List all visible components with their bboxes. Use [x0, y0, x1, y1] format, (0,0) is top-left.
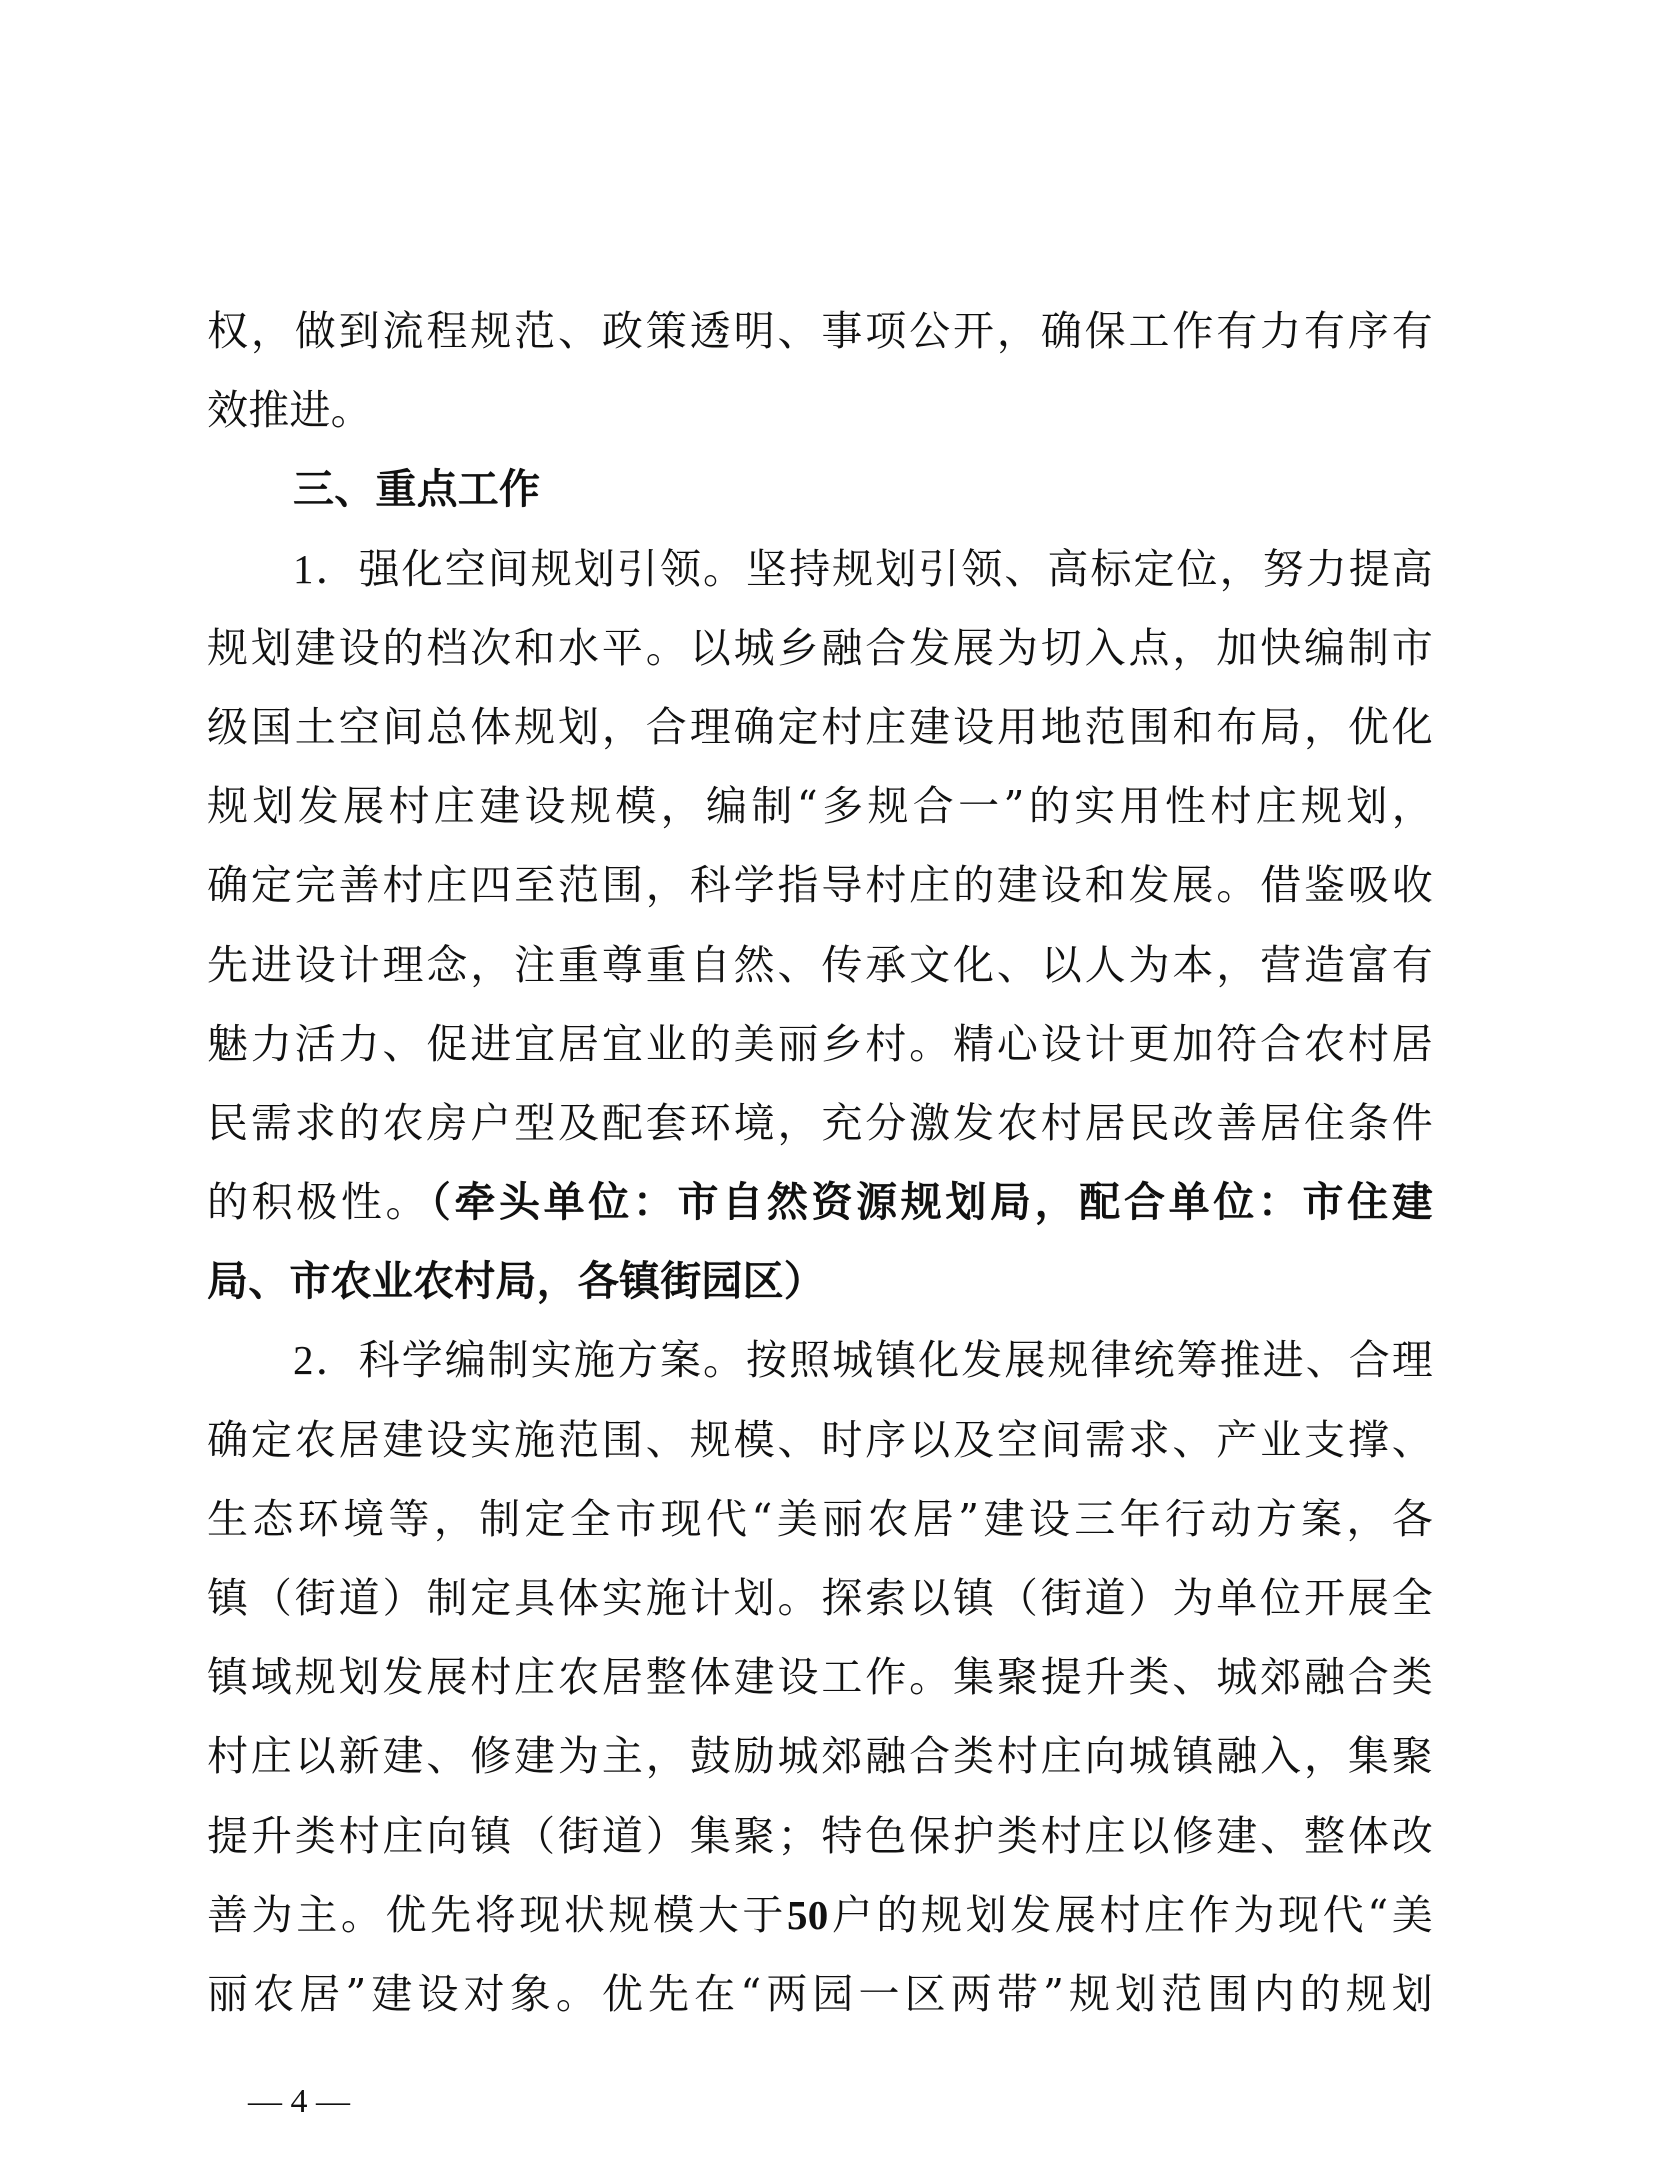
item-2-title: 2．科学编制实施方案。 [293, 1337, 746, 1383]
document-page: 权，做到流程规范、政策透明、事项公开，确保工作有力有序有 效推进。 三、重点工作… [0, 0, 1653, 2169]
paragraph-line: 生态环境等，制定全市现代“美丽农居”建设三年行动方案，各 [207, 1480, 1433, 1559]
page-number: — 4 — [248, 2083, 350, 2121]
paragraph-line: 魅力活力、促进宜居宜业的美丽乡村。精心设计更加符合农村居 [207, 1005, 1433, 1084]
item-2-first-line: 2．科学编制实施方案。按照城镇化发展规律统筹推进、合理 [207, 1321, 1433, 1400]
paragraph-line: 确定农居建设实施范围、规模、时序以及空间需求、产业支撑、 [207, 1401, 1433, 1480]
paragraph-line: 提升类村庄向镇（街道）集聚；特色保护类村庄以修建、整体改 [207, 1797, 1433, 1876]
household-count: 50 [787, 1892, 828, 1938]
paragraph-line: 村庄以新建、修建为主，鼓励城郊融合类村庄向城镇融入，集聚 [207, 1717, 1433, 1796]
document-body: 权，做到流程规范、政策透明、事项公开，确保工作有力有序有 效推进。 三、重点工作… [207, 292, 1433, 2034]
item-1-first-line: 1．强化空间规划引领。坚持规划引领、高标定位，努力提高 [207, 530, 1433, 609]
section-heading: 三、重点工作 [207, 450, 1433, 529]
paragraph-line: 效推进。 [207, 371, 1433, 450]
paragraph-line: 镇（街道）制定具体实施计划。探索以镇（街道）为单位开展全 [207, 1559, 1433, 1638]
paragraph-line: 规划建设的档次和水平。以城乡融合发展为切入点，加快编制市 [207, 609, 1433, 688]
paragraph-line: 镇域规划发展村庄农居整体建设工作。集聚提升类、城郊融合类 [207, 1638, 1433, 1717]
paragraph-line-with-number: 善为主。优先将现状规模大于50户的规划发展村庄作为现代“美 [207, 1876, 1433, 1955]
paragraph-line: 民需求的农房户型及配套环境，充分激发农村居民改善居住条件 [207, 1084, 1433, 1163]
paragraph-line-with-note: 的积极性。（牵头单位：市自然资源规划局，配合单位：市住建 [207, 1163, 1433, 1242]
paragraph-text: 户的规划发展村庄作为现代“美 [828, 1891, 1433, 1939]
paragraph-line: 级国土空间总体规划，合理确定村庄建设用地范围和布局，优化 [207, 688, 1433, 767]
paragraph-line: 规划发展村庄建设规模，编制“多规合一”的实用性村庄规划， [207, 767, 1433, 846]
item-1-title: 1．强化空间规划引领。 [293, 546, 746, 592]
paragraph-text: 的积极性。 [207, 1178, 430, 1226]
responsible-units-note-end: 局、市农业农村局，各镇街园区） [207, 1242, 1433, 1321]
responsible-units-note: （牵头单位：市自然资源规划局，配合单位：市住建 [430, 1178, 1433, 1226]
paragraph-line: 权，做到流程规范、政策透明、事项公开，确保工作有力有序有 [207, 292, 1433, 371]
paragraph-line: 确定完善村庄四至范围，科学指导村庄的建设和发展。借鉴吸收 [207, 846, 1433, 925]
item-2-text: 按照城镇化发展规律统筹推进、合理 [746, 1336, 1433, 1384]
paragraph-line: 先进设计理念，注重尊重自然、传承文化、以人为本，营造富有 [207, 926, 1433, 1005]
paragraph-line: 丽农居”建设对象。优先在“两园一区两带”规划范围内的规划 [207, 1955, 1433, 2034]
paragraph-text: 善为主。优先将现状规模大于 [207, 1891, 787, 1939]
item-1-text: 坚持规划引领、高标定位，努力提高 [746, 545, 1433, 593]
